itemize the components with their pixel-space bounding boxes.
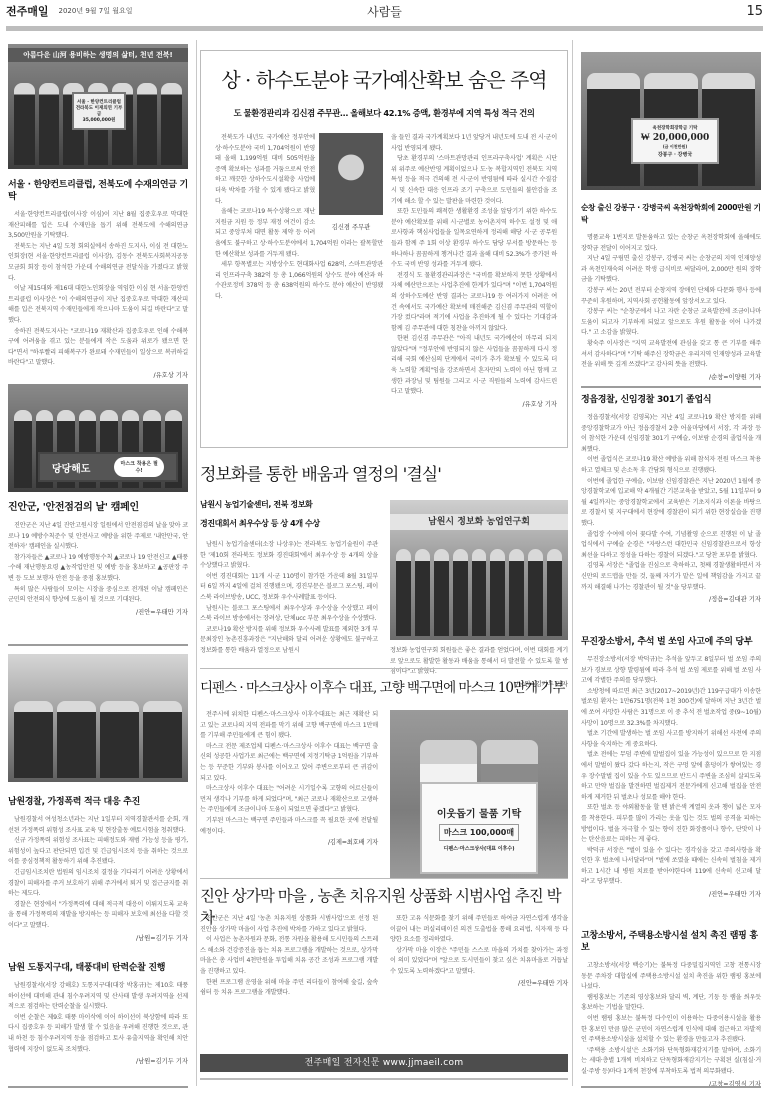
article-body: 남원경찰서(서장 강해호) 도통지구대(대장 박홍규)는 제10호 태풍 하이선… (8, 981, 188, 1055)
section-divider (200, 878, 568, 879)
article-mask-donation: 디펜스 · 마스크상사 이후수 대표, 고향 백구면에 마스크 10만개 기부 … (200, 676, 568, 696)
paragraph: 진안군은 지난 4일 '농촌 치유지원 상품화 시범사업'으로 선정 된 진안읍… (200, 914, 378, 935)
paragraph: 전북도는 지난 4일 도청 회의실에서 송하진 도지사, 이심 전 대한노인회장… (8, 242, 188, 284)
headline[interactable]: 무진장소방서, 추석 벌 쏘임 사고에 주의 당부 (581, 636, 761, 648)
footer-banner[interactable]: 전주매일 전자신문 www.jjmaeil.com (200, 1054, 568, 1072)
paragraph: 을 들인 결과 국가계획보다 1년 앞당겨 내년도에 도내 전 시·군이 사업 … (391, 133, 557, 154)
article-body: 명품교육 1번지로 발돋움하고 있는 순창군 옥천장학회에 올해에도 장학금 전… (581, 233, 761, 371)
article-gochang-fire: 고창소방서, 주택용소방시설 설치 촉진 램핑 홍보 고창소방서(서장 백승기)… (581, 930, 761, 1088)
headline[interactable]: 남원 도통지구대, 태풍대비 탄력순찰 진행 (8, 962, 188, 974)
footer-divider (200, 1078, 568, 1080)
headline[interactable]: 정읍경찰, 신임경찰 301기 졸업식 (581, 394, 761, 406)
newspaper-name: 전주매일 (6, 3, 49, 19)
article-body: 고창소방서(서장 백승기)는 불특정 다중밀집지역인 고창 전통시장 동문 주차… (581, 961, 761, 1078)
column-separator (572, 40, 573, 1086)
paragraph: 기부된 마스크는 백구면 주민들과 마스크를 꼭 필요한 곳에 전달될 예정이다… (200, 816, 378, 837)
paragraph: 황숙주 이사장은 "지역 교육발전에 관심을 갖고 통 큰 기부를 해주셔서 감… (581, 339, 761, 371)
article-body-right: 을 들인 결과 국가계획보다 1년 앞당겨 내년도에 도내 전 시·군이 사업 … (391, 133, 557, 398)
byline: /김제=최호배 기자 (200, 838, 378, 849)
paragraph: 상가막 마을 이장은 "주민들 스스로 마을의 가치를 찾아가는 과정이 의미 … (390, 946, 568, 978)
sign-title: 이웃돕기 물품 기탁 (437, 805, 521, 820)
paragraph: 한편 김신겸 주무관은 "아직 내년도 국가예산이 마무리 되지 않았다"며 "… (391, 334, 557, 398)
portrait-photo[interactable] (319, 133, 383, 215)
paragraph: 전주시에 위치한 디펜스·마스크상사 이후수대표는 최근 재확산 되고 있는 코… (200, 710, 378, 742)
donation-photo[interactable]: 아름다운 山河 용비하는 생명의 삶터, 천년 전북! 서울 · 한양컨트리클럽… (8, 44, 188, 169)
photo-banner: 아름다운 山河 용비하는 생명의 삶터, 천년 전북! (8, 48, 188, 62)
sign-line: 전라북도 이재의연 기부금 (74, 105, 124, 117)
paragraph: 마스크상사 이후수 대표는 "어려운 시기일수록 고향의 어르신들이 먼저 생각… (200, 784, 378, 816)
scholarship-photo[interactable]: 옥천장학회장학금 기탁 ₩ 20,000,000 (금 이천만원) 강봉구 · … (581, 52, 761, 190)
article-jeongeup-police: 정읍경찰, 신임경찰 301기 졸업식 정읍경찰서(서장 김영록)는 지난 4일… (581, 394, 761, 603)
donation-sign: 서울 · 한양컨트리클럽 전라북도 이재의연 기부금 35,000,000원 (72, 92, 126, 130)
article-body-right: 정보화 농업연구회 회원들은 좋은 결과를 얻었다며, 이번 대회를 계기로 앞… (390, 646, 568, 678)
article-body: 서울·한양컨트리클럽(이사장 이심)이 지난 8월 집중호우로 막대한 재산피해… (8, 210, 188, 369)
subheadline: 도 물환경관리과 김신겸 주무관… 올해보다 42.1% 증액, 환경부에 지역… (201, 107, 567, 119)
article-jinan-safety: 당당해도 마스크 착용은 필수! 진안군, '안전점검의 날' 캠페인 진안군은… (8, 384, 188, 616)
paragraph: 남원경찰서 여성청소년과는 지난 1일부터 지역경찰관서를 순회, 개선된 가정… (8, 815, 188, 836)
paragraph: 이번 경진대회는 11개 시·군 110명이 참가한 가운데 8월 31일부터 … (200, 572, 378, 604)
headline[interactable]: 서울 · 한양컨트리클럽, 전북도에 수재의연금 기탁 (8, 179, 188, 203)
paragraph: 강봉구 씨는 "순창군에서 나고 자란 순창군 교육발전에 조금이나마 도움이 … (581, 307, 761, 339)
sign-sub: (금 이천만원) (663, 144, 687, 150)
paragraph: 이날 제15대와 제16대 대한노인회장을 역임한 이심 현 서울·한양컨트리클… (8, 284, 188, 326)
campaign-banner: 당당해도 마스크 착용은 필수! (38, 452, 178, 482)
paragraph: 정읍경찰서(서장 김영록)는 지난 4일 코로나19 확산 방지를 위해 중앙경… (581, 413, 761, 455)
article-body: 진안군은 지난 4일 진안고원시장 일원에서 안전점검의 날을 맞아 코로나 1… (8, 521, 188, 606)
group-photo[interactable]: 남원시 정보화 농업연구회 (390, 500, 568, 640)
masthead-divider (6, 26, 763, 31)
article-namwon-patrol: 남원 도통지구대, 태풍대비 탄력순찰 진행 남원경찰서(서장 강해호) 도통지… (8, 962, 188, 1065)
masthead: 전주매일 2020년 9월 7일 월요일 사람들 15 (6, 0, 763, 22)
donation-sign: 이웃돕기 물품 기탁 마스크 100,000매 디펜스·마스크상사(대표 이후수… (420, 782, 538, 874)
column-divider (8, 644, 188, 646)
article-body: 전주시에 위치한 디펜스·마스크상사 이후수대표는 최근 재확산 되고 있는 코… (200, 710, 378, 849)
column-separator (196, 40, 197, 1086)
byline: /유호상 기자 (8, 370, 188, 379)
paragraph: 램핑홍보는 기존의 영상홍보와 달리 벽, 계단, 기둥 등 램을 씌우듯 홍보… (581, 993, 761, 1014)
article-body-left: 남원시 농업기술센터(소장 나상우)는 전라북도 농업기술원이 주관한 '제10… (200, 540, 378, 657)
headline[interactable]: 정보화를 통한 배움과 열정의 '결실' (200, 460, 568, 485)
article-sunchang-scholarship: 옥천장학회장학금 기탁 ₩ 20,000,000 (금 이천만원) 강봉구 · … (581, 52, 761, 381)
paragraph: '주택용 소방시설'은 소화기와 단독형화재감지기를 말하며, 소화기는 세대·… (581, 1046, 761, 1078)
article-body: 남원경찰서 여성청소년과는 지난 1일부터 지역경찰관서를 순회, 개선된 가정… (8, 815, 188, 932)
headline[interactable]: 디펜스 · 마스크상사 이후수 대표, 고향 백구면에 마스크 10만개 기부 (200, 676, 568, 696)
sign-donor: 디펜스·마스크상사(대표 이후수) (443, 845, 514, 852)
byline: /순창=이양원 기자 (581, 372, 761, 381)
footer-label: 전주매일 전자신문 www.jjmaeil.com (305, 1058, 464, 1068)
paragraph: 이 사업은 농촌자원과 문화, 전통 자원을 활용해 도시민들의 스트레스 해소… (200, 935, 378, 977)
paragraph: 남원시는 블로그 포스팅에서 최우수상과 우수상을 수상했고 페이스북 라이브 … (200, 604, 378, 625)
paragraph: 소방청에 따르면 최근 3년(2017~2019년)간 119구급대가 이송한 … (581, 687, 761, 729)
meeting-photo[interactable] (8, 654, 188, 782)
page-number: 15 (746, 4, 763, 19)
paragraph: 남원시 농업기술센터(소장 나상우)는 전라북도 농업기술원이 주관한 '제10… (200, 540, 378, 572)
sign-title: 옥천장학회장학금 기탁 (652, 125, 697, 131)
article-jinan-healing: 진안 상가막 마을 , 농촌 치유지원 상품화 시범사업 추진 박차 진안군은 … (200, 884, 568, 928)
article-body-right: 또한 고유 식문화를 찾기 위해 주민들로 하여금 자연스럽게 생각을 이끌어 … (390, 914, 568, 989)
paragraph: 지난 4일 구림면 출신 강봉구, 강병국 씨는 순창군의 지역 인재양성과 옥… (581, 254, 761, 286)
headline[interactable]: 진안군, '안전점검의 날' 캠페인 (8, 502, 188, 514)
paragraph: 박덕규 서장은 "벌이 있을 수 있다는 경각심을 갖고 주의사항을 확인한 후… (581, 846, 761, 888)
paragraph: 참가자들은 ▲코로나 19 예방행동수칙 ▲코로나 19 안전신고 ▲태풍·수해… (8, 553, 188, 585)
headline[interactable]: 순창 출신 강봉구 · 강병국씨 옥천장학회에 2000만원 기탁 (581, 202, 761, 226)
article-namwon-police-family: 남원경찰, 가정폭력 적극 대응 추진 남원경찰서 여성청소년과는 지난 1일부… (8, 654, 188, 942)
portrait-block: 김신겸 주무관 (319, 133, 383, 231)
byline: /남원=김기두 기자 (8, 933, 188, 942)
paragraph: 또한 벌초 등 야외활동을 할 땐 밝은색 계열의 옷과 챙이 넓은 모자를 착… (581, 803, 761, 845)
paragraph: 벌초 기간에 발생하는 벌 쏘임 사고를 방지하기 위해선 사전에 주의사항을 … (581, 729, 761, 750)
article-namwon-informatization: 정보화를 통한 배움과 열정의 '결실' 남원시 농업기술센터, 전북 정보화 … (200, 460, 568, 529)
headline[interactable]: 남원경찰, 가정폭력 적극 대응 추진 (8, 796, 188, 808)
article-seoul-hanyang: 아름다운 山河 용비하는 생명의 삶터, 천년 전북! 서울 · 한양컨트리클럽… (8, 44, 188, 379)
paragraph: 당초 환경부의 '스마트관망관리 인프라구축사업' 계획은 시단위 위주로 예산… (391, 154, 557, 207)
paragraph: 한편 프로그램 운영을 위해 마을 주민 리더들이 참여해 숲길, 숲속 쉼터 … (200, 978, 378, 999)
scholarship-sign: 옥천장학회장학금 기탁 ₩ 20,000,000 (금 이천만원) 강봉구 · … (631, 118, 719, 164)
sign-amount: 35,000,000원 (83, 117, 116, 123)
column-divider (8, 1086, 188, 1088)
byline: /진안=우태만 기자 (581, 889, 761, 898)
paragraph: 전경식 도 물환경관리과장은 "국비를 확보하지 못한 상황에서 자체 예산만으… (391, 271, 557, 335)
photo-caption: 김신겸 주무관 (319, 222, 383, 231)
paragraph: 남원경찰서(서장 강해호) 도통지구대(대장 박홍규)는 제10호 태풍 하이선… (8, 981, 188, 1013)
paragraph: 송하진 전북도지사는 "코로나19 재확산과 집중호우로 인해 수해복구에 어려… (8, 327, 188, 369)
paragraph: 이번 램핑 홍보는 불특정 다수인이 이용하는 다중이용시설을 활용한 홍보인 … (581, 1014, 761, 1046)
headline[interactable]: 상 · 하수도분야 국가예산확보 숨은 주역 (201, 64, 567, 93)
paragraph: 정보화 농업연구회 회원들은 좋은 결과를 얻었다며, 이번 대회를 계기로 앞… (390, 646, 568, 678)
article-mujin-fire: 무진장소방서, 추석 벌 쏘임 사고에 주의 당부 무진장소방서(서장 박덕규)… (581, 636, 761, 898)
byline: /남원=김기두 기자 (8, 1056, 188, 1065)
campaign-photo[interactable]: 당당해도 마스크 착용은 필수! (8, 384, 188, 492)
sign-amount: 마스크 100,000매 (439, 824, 519, 841)
paragraph: 졸업장 수여에 이어 꽃다발 수여, 기념촬영 순으로 진행된 이 날 졸업식에… (581, 530, 761, 562)
byline: /진안=우태만 기자 (390, 979, 568, 990)
article-body: 정읍경찰서(서장 김영록)는 지난 4일 코로나19 확산 방지를 위해 중앙경… (581, 413, 761, 593)
paragraph: 이번에 졸업한 구예슬, 이보람 신임경찰관은 지난 2020년 1월에 중앙경… (581, 477, 761, 530)
headline[interactable]: 고창소방서, 주택용소방시설 설치 촉진 램핑 홍보 (581, 930, 761, 954)
mask-donation-photo[interactable]: 이웃돕기 물품 기탁 마스크 100,000매 디펜스·마스크상사(대표 이후수… (390, 710, 568, 878)
byline: /진안=우태만 기자 (8, 607, 188, 616)
paragraph: 세부 항목별로는 지방상수도 현대화사업 628억, 스마트관망관리 인프라구축… (215, 260, 383, 302)
article-body: 무진장소방서(서장 박덕규)는 추석을 앞두고 8일부터 벌 쏘임 주의보가 경… (581, 655, 761, 888)
article-water-budget: 상 · 하수도분야 국가예산확보 숨은 주역 도 물환경관리과 김신겸 주무관…… (200, 50, 568, 448)
paragraph: 마스크 전문 제조업체 디펜스·마스크상사 이후수 대표는 백구면 출신의 성공… (200, 742, 378, 784)
paragraph: 이번 순찰은 제9호 태풍 마이삭에 이어 하이선이 북상함에 따라 또 다시 … (8, 1013, 188, 1055)
byline: /정읍=김대관 기자 (581, 594, 761, 603)
sign-names: 강봉구 · 강병국 (658, 151, 692, 158)
paragraph: 경찰은 현장에서 "가정폭력에 대해 적극적 대응이 이뤄지도록 교육을 통해 … (8, 900, 188, 932)
column-divider (581, 386, 761, 388)
sign-amount: ₩ 20,000,000 (641, 132, 710, 143)
paragraph: 긴급임시조치란 법원의 임시조치 결정을 기다리기 어려운 상황에서 경찰이 피… (8, 868, 188, 900)
paragraph: 진안군은 지난 4일 진안고원시장 일원에서 안전점검의 날을 맞아 코로나 1… (8, 521, 188, 553)
paragraph: 서울·한양컨트리클럽(이사장 이심)이 지난 8월 집중호우로 막대한 재산피해… (8, 210, 188, 242)
banner-main-text: 당당해도 (52, 460, 91, 475)
paragraph: 김영록 서장은 "졸업을 진심으로 축하하고, 첫째 경찰생활하면서 자신만의 … (581, 561, 761, 593)
paragraph: 무진장소방서(서장 박덕규)는 추석을 앞두고 8일부터 벌 쏘임 주의보가 경… (581, 655, 761, 687)
article-body-left: 진안군은 지난 4일 '농촌 치유지원 상품화 시범사업'으로 선정 된 진안읍… (200, 914, 378, 999)
column-divider (581, 1086, 761, 1088)
paragraph: 특히 많은 사람들이 모이는 시장을 중심으로 전개된 이날 캠페인은 군민의 … (8, 585, 188, 606)
paragraph: 코로나19 확산 방지를 위해 정보화 우수사례 발표를 제외한 3개 부문최장… (200, 625, 378, 657)
section-divider (200, 668, 568, 669)
paragraph: 이번 졸업식은 코로나19 확산 예방을 위해 참석자 전원 마스크 착용하고 … (581, 455, 761, 476)
issue-date: 2020년 9월 7일 월요일 (59, 6, 133, 16)
paragraph: 또한 도민들의 쾌적한 생활환경 조성을 앞당기기 위한 하수도 분야 예산확보… (391, 207, 557, 271)
byline: /유호상 기자 (391, 399, 557, 408)
banner-bubble-text: 마스크 착용은 필수! (114, 457, 164, 477)
paragraph: 신규 가정폭력 위험성 조사표는 피해정도와 재범 가능성 등을 평가, 위험성… (8, 836, 188, 868)
photo-banner: 남원시 정보화 농업연구회 (390, 514, 568, 530)
paragraph: 명품교육 1번지로 발돋움하고 있는 순창군 옥천장학회에 올해에도 장학금 전… (581, 233, 761, 254)
paragraph: 벌초 전에는 무덤 주변에 말벌집이 있을 가능성이 있으므로 한 지점에서 말… (581, 750, 761, 803)
paragraph: 강봉구 씨는 20년 전부터 순창지역 장애인 단체와 다문화 행사 등에 꾸준… (581, 286, 761, 307)
paragraph: 고창소방서(서장 백승기)는 불특정 다중밀집지역인 고창 전통시장 동문 주차… (581, 961, 761, 993)
paragraph: 또한 고유 식문화를 찾기 위해 주민들로 하여금 자연스럽게 생각을 이끌어 … (390, 914, 568, 946)
